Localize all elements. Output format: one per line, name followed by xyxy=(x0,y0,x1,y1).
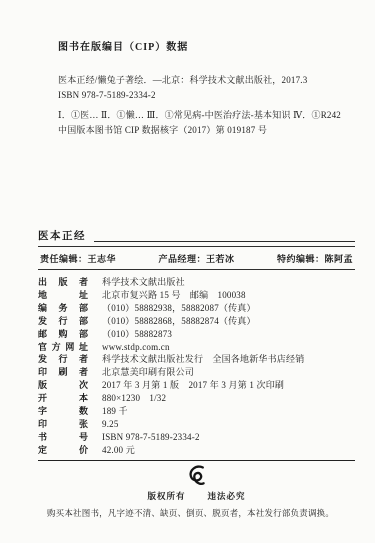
responsible-editor: 责任编辑：王志华 xyxy=(40,252,116,265)
product-manager: 产品经理：王若冰 xyxy=(158,252,234,265)
pub-label: 发行部 xyxy=(38,315,88,328)
pub-value: 42.00 元 xyxy=(102,444,135,457)
pub-value: 189 千 xyxy=(102,405,128,418)
pub-label: 印刷者 xyxy=(38,366,88,379)
cip-isbn-line: ISBN 978-7-5189-2334-2 xyxy=(58,88,355,103)
pub-label: 版次 xyxy=(38,379,88,392)
pub-label: 定价 xyxy=(38,444,88,457)
pub-label: 出版者 xyxy=(38,276,88,289)
pub-label: 书号 xyxy=(38,431,88,444)
pub-value: ISBN 978-7-5189-2334-2 xyxy=(102,431,200,444)
pub-value: 北京市复兴路 15 号 邮编 100038 xyxy=(102,289,246,302)
pub-row-edition: 版次 2017 年 3 月第 1 版 2017 年 3 月第 1 次印刷 xyxy=(38,379,355,392)
pub-value: （010）58882873 xyxy=(102,328,172,341)
pub-row-distributor: 发行者 科学技术文献出版社发行 全国各地新华书店经销 xyxy=(38,353,355,366)
cip-data-section: 图书在版编目（CIP）数据 医本正经/懒兔子著绘．—北京：科学技术文献出版社，2… xyxy=(38,38,355,138)
pub-row-mailorder-dept: 邮购部 （010）58882873 xyxy=(38,328,355,341)
pub-row-distribution-dept: 发行部 （010）58882868，58882874（传真） xyxy=(38,315,355,328)
title-row: 医本正经 xyxy=(38,230,355,243)
book-title-block: 医本正经 责任编辑：王志华 产品经理：王若冰 特约编辑：陈阿孟 xyxy=(38,230,355,270)
pub-row-wordcount: 字数 189 千 xyxy=(38,405,355,418)
pub-value: 2017 年 3 月第 1 版 2017 年 3 月第 1 次印刷 xyxy=(102,379,284,392)
pub-value: 科学技术文献出版社发行 全国各地新华书店经销 xyxy=(102,353,304,366)
cip-bibliography-line: 医本正经/懒兔子著绘．—北京：科学技术文献出版社，2017.3 xyxy=(58,73,355,88)
pub-value: 9.25 xyxy=(102,418,119,431)
colophon-page: 图书在版编目（CIP）数据 医本正经/懒兔子著绘．—北京：科学技术文献出版社，2… xyxy=(0,0,375,543)
pub-label: 邮购部 xyxy=(38,328,88,341)
pub-label: 地址 xyxy=(38,289,88,302)
pub-label: 印张 xyxy=(38,418,88,431)
pub-value: 科学技术文献出版社 xyxy=(102,276,185,289)
pub-value: （010）58882938，58882087（传真） xyxy=(102,302,256,315)
pub-row-price: 定价 42.00 元 xyxy=(38,444,355,457)
pub-value: （010）58882868，58882874（传真） xyxy=(102,315,256,328)
title-rule-divider xyxy=(94,241,355,242)
pub-value: www.stdp.com.cn xyxy=(102,341,170,354)
pub-row-booknumber: 书号 ISBN 978-7-5189-2334-2 xyxy=(38,431,355,444)
pub-row-website: 官方网址 www.stdp.com.cn xyxy=(38,341,355,354)
pub-row-publisher: 出版者 科学技术文献出版社 xyxy=(38,276,355,289)
pub-row-editorial-dept: 编务部 （010）58882938，58882087（传真） xyxy=(38,302,355,315)
pub-row-format: 开本 880×1230 1/32 xyxy=(38,392,355,405)
book-title: 医本正经 xyxy=(38,230,94,243)
copyright-row: 版权所有 违法必究 xyxy=(38,490,355,502)
editors-row: 责任编辑：王志华 产品经理：王若冰 特约编辑：陈阿孟 xyxy=(38,247,355,269)
cip-heading: 图书在版编目（CIP）数据 xyxy=(58,38,355,53)
special-editor: 特约编辑：陈阿孟 xyxy=(277,252,353,265)
pub-value: 北京慧美印刷有限公司 xyxy=(102,366,194,379)
cip-classification-line: Ⅰ．①医… Ⅱ．①懒… Ⅲ．①常见病-中医治疗法-基本知识 Ⅳ．①R242 xyxy=(58,108,355,123)
pub-row-printer: 印刷者 北京慧美印刷有限公司 xyxy=(38,366,355,379)
divider xyxy=(38,269,355,270)
pub-value: 880×1230 1/32 xyxy=(102,392,166,405)
piracy-warning: 违法必究 xyxy=(208,490,246,502)
cip-registration-line: 中国版本图书馆 CIP 数据核字（2017）第 019187 号 xyxy=(58,123,355,138)
pub-row-sheets: 印张 9.25 xyxy=(38,418,355,431)
divider xyxy=(38,460,355,461)
exchange-notice: 购买本社图书，凡字迹不清、缺页、倒页、脱页者，本社发行部负责调换。 xyxy=(32,507,349,519)
publication-info: 出版者 科学技术文献出版社 地址 北京市复兴路 15 号 邮编 100038 编… xyxy=(38,276,355,457)
pub-label: 编务部 xyxy=(38,302,88,315)
pub-label: 官方网址 xyxy=(38,341,88,354)
pub-label: 字数 xyxy=(38,405,88,418)
pub-row-address: 地址 北京市复兴路 15 号 邮编 100038 xyxy=(38,289,355,302)
copyright-notice: 版权所有 xyxy=(147,490,185,502)
footer: 版权所有 违法必究 购买本社图书，凡字迹不清、缺页、倒页、脱页者，本社发行部负责… xyxy=(38,464,355,519)
pub-label: 发行者 xyxy=(38,353,88,366)
publisher-logo-icon xyxy=(186,464,208,488)
pub-label: 开本 xyxy=(38,392,88,405)
